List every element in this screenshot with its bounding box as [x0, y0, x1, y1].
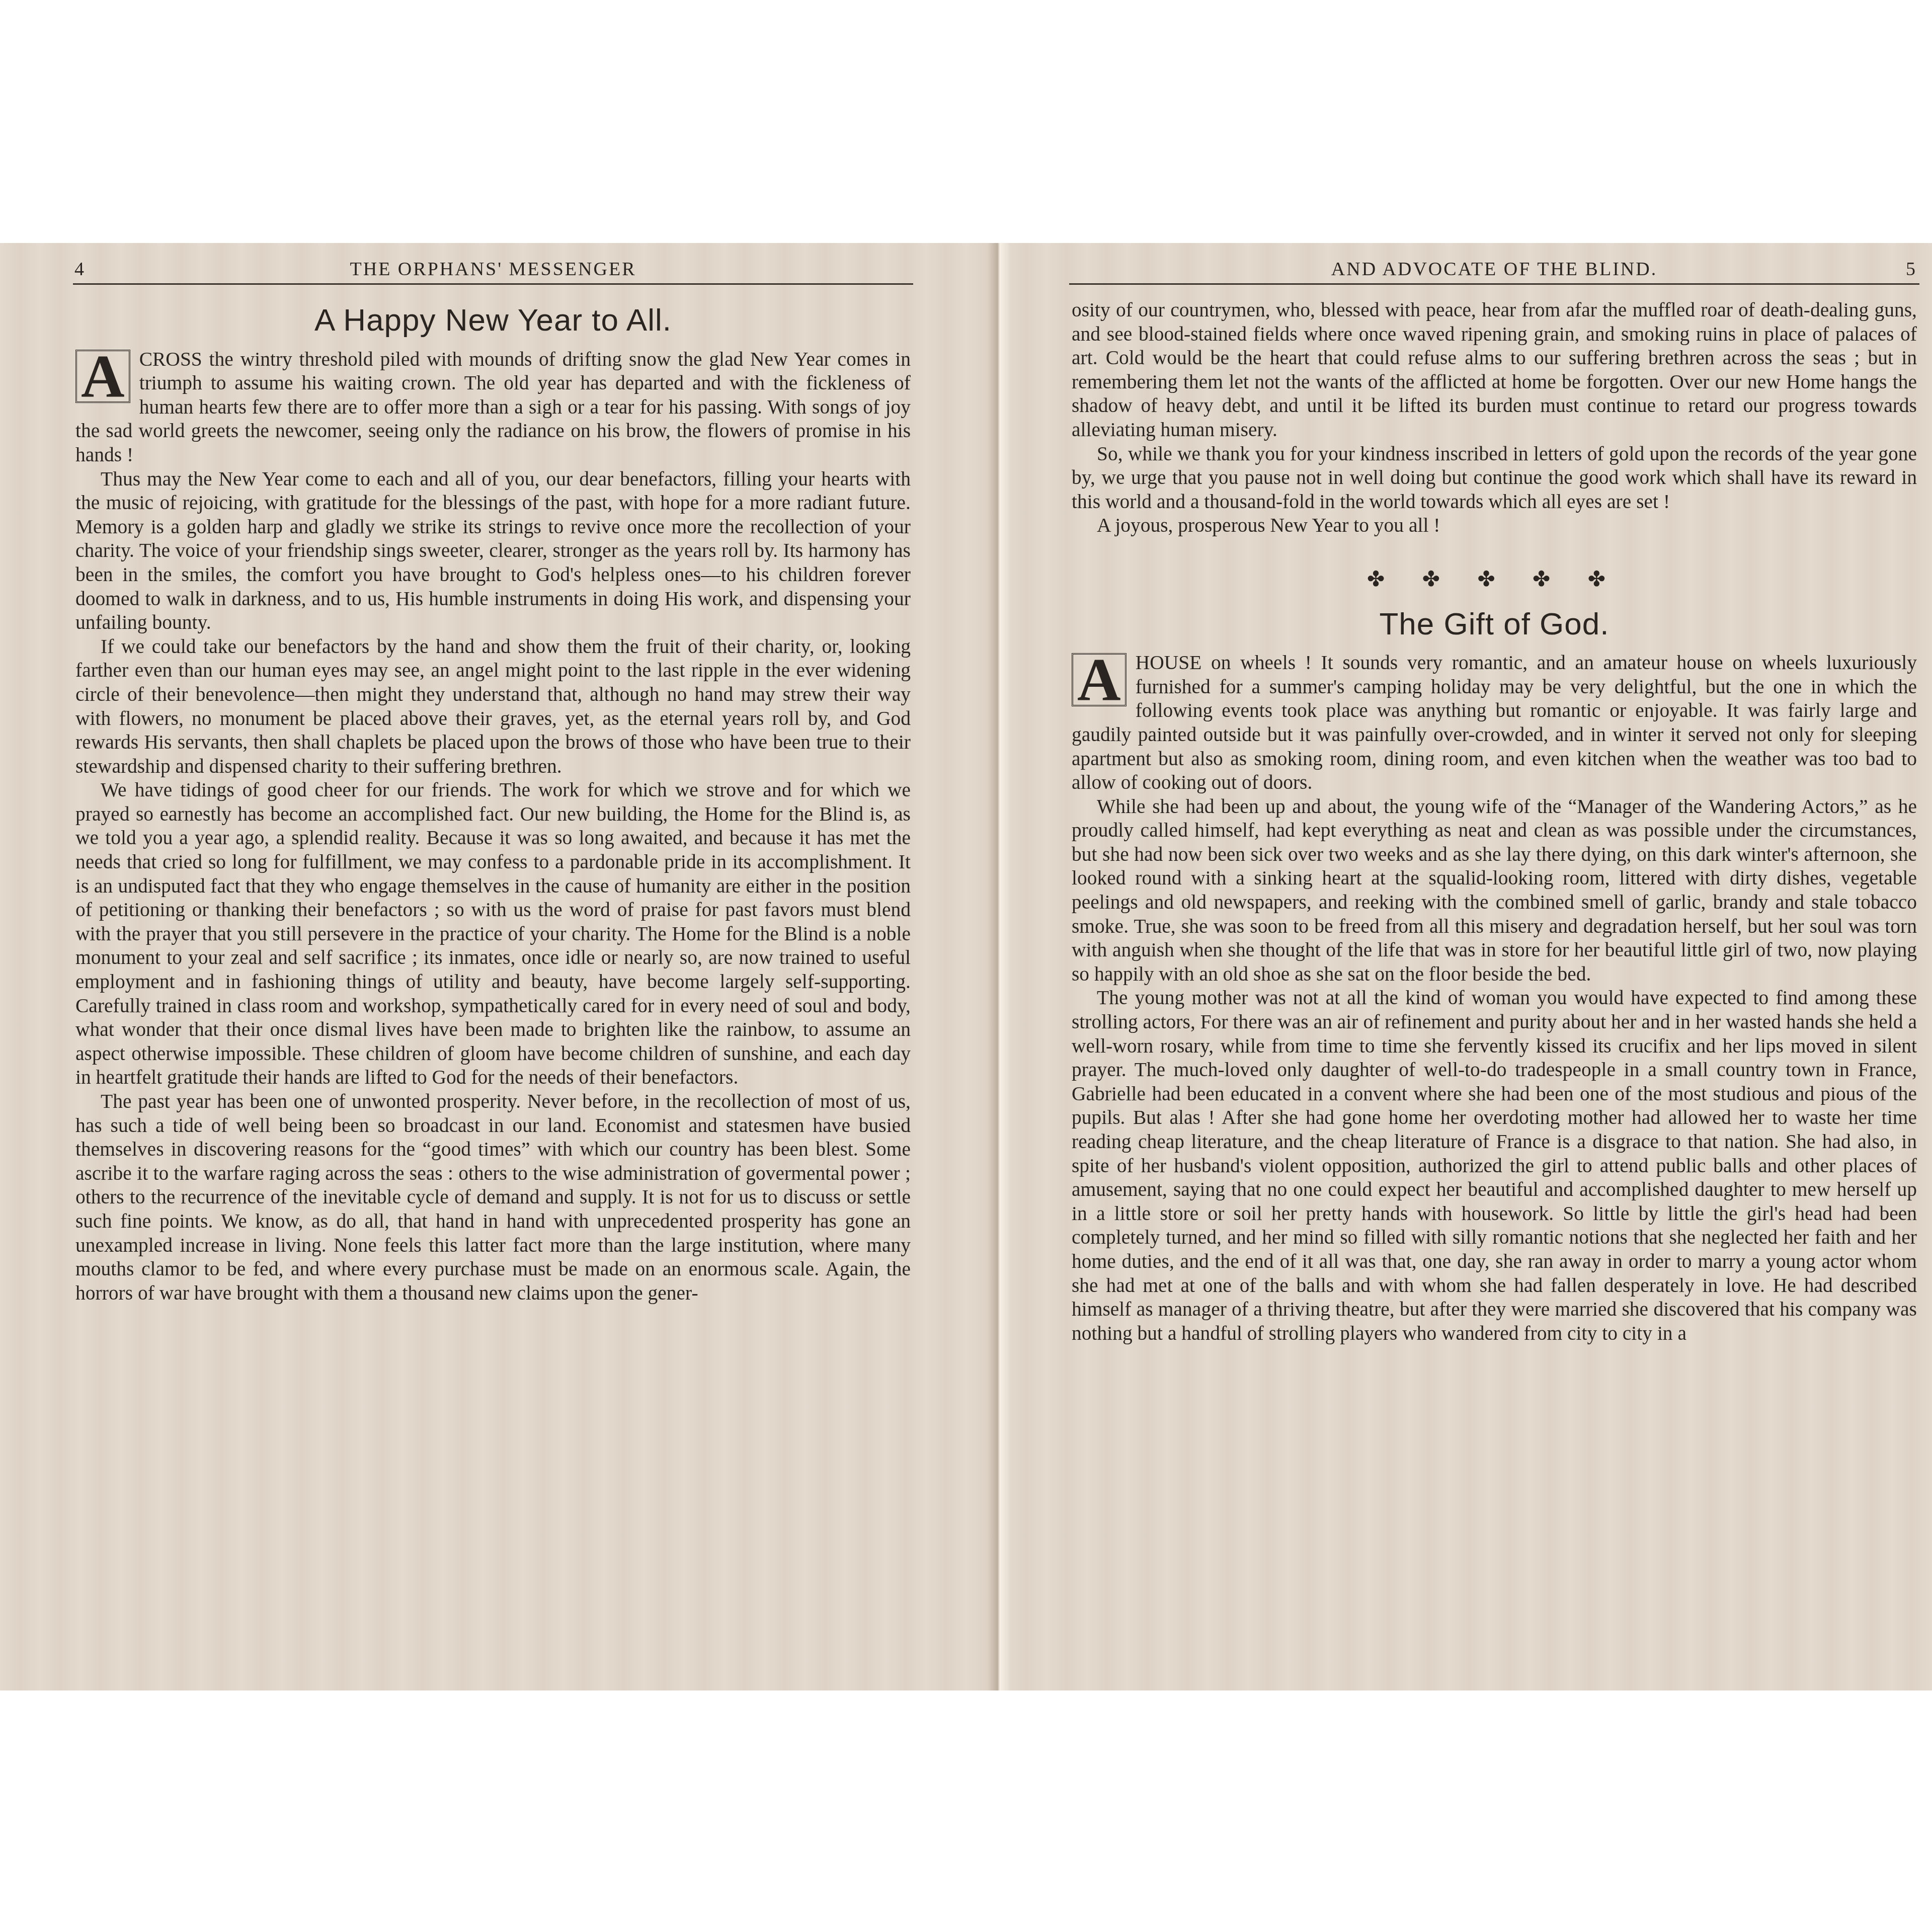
lead-smallcaps: CROSS: [139, 348, 202, 370]
right-page: AND ADVOCATE OF THE BLIND. 5 osity of ou…: [1072, 243, 1917, 1691]
left-page: 4 THE ORPHANS' MESSENGER A Happy New Yea…: [75, 243, 911, 1691]
page-number: 5: [1906, 258, 1917, 280]
article-body: A Happy New Year to All. ACROSS the wint…: [75, 308, 911, 1305]
running-head-title: THE ORPHANS' MESSENGER: [75, 258, 911, 280]
article-title: A Happy New Year to All.: [75, 308, 911, 333]
running-head-title: AND ADVOCATE OF THE BLIND.: [1072, 258, 1917, 280]
paragraph: If we could take our benefactors by the …: [75, 635, 911, 779]
running-head: AND ADVOCATE OF THE BLIND. 5: [1072, 253, 1917, 283]
continued-paragraph: osity of our countrymen, who, blessed wi…: [1072, 298, 1917, 442]
lead-paragraph: AHOUSE on wheels ! It sounds very romant…: [1072, 651, 1917, 795]
lead-paragraph: ACROSS the wintry threshold piled with m…: [75, 348, 911, 467]
paragraph: The past year has been one of unwonted p…: [75, 1090, 911, 1305]
header-rule: [1069, 283, 1919, 285]
paragraph: Thus may the New Year come to each and a…: [75, 467, 911, 635]
drop-cap: A: [1072, 653, 1126, 706]
lead-smallcaps: HOUSE: [1136, 652, 1202, 674]
drop-cap: A: [75, 350, 130, 403]
magazine-spread: 4 THE ORPHANS' MESSENGER A Happy New Yea…: [0, 243, 1932, 1691]
paragraph: The young mother was not at all the kind…: [1072, 986, 1917, 1345]
paragraph: So, while we thank you for your kindness…: [1072, 442, 1917, 514]
paragraph: A joyous, prosperous New Year to you all…: [1072, 514, 1917, 538]
paragraph: We have tidings of good cheer for our fr…: [75, 778, 911, 1090]
running-head: 4 THE ORPHANS' MESSENGER: [75, 253, 911, 283]
header-rule: [73, 283, 913, 285]
article-title: The Gift of God.: [1072, 612, 1917, 636]
paragraph: While she had been up and about, the you…: [1072, 795, 1917, 987]
section-ornament-icon: ✤ ✤ ✤ ✤ ✤: [1072, 568, 1917, 592]
article-body: osity of our countrymen, who, blessed wi…: [1072, 298, 1917, 1345]
page-gutter: [987, 243, 1010, 1691]
